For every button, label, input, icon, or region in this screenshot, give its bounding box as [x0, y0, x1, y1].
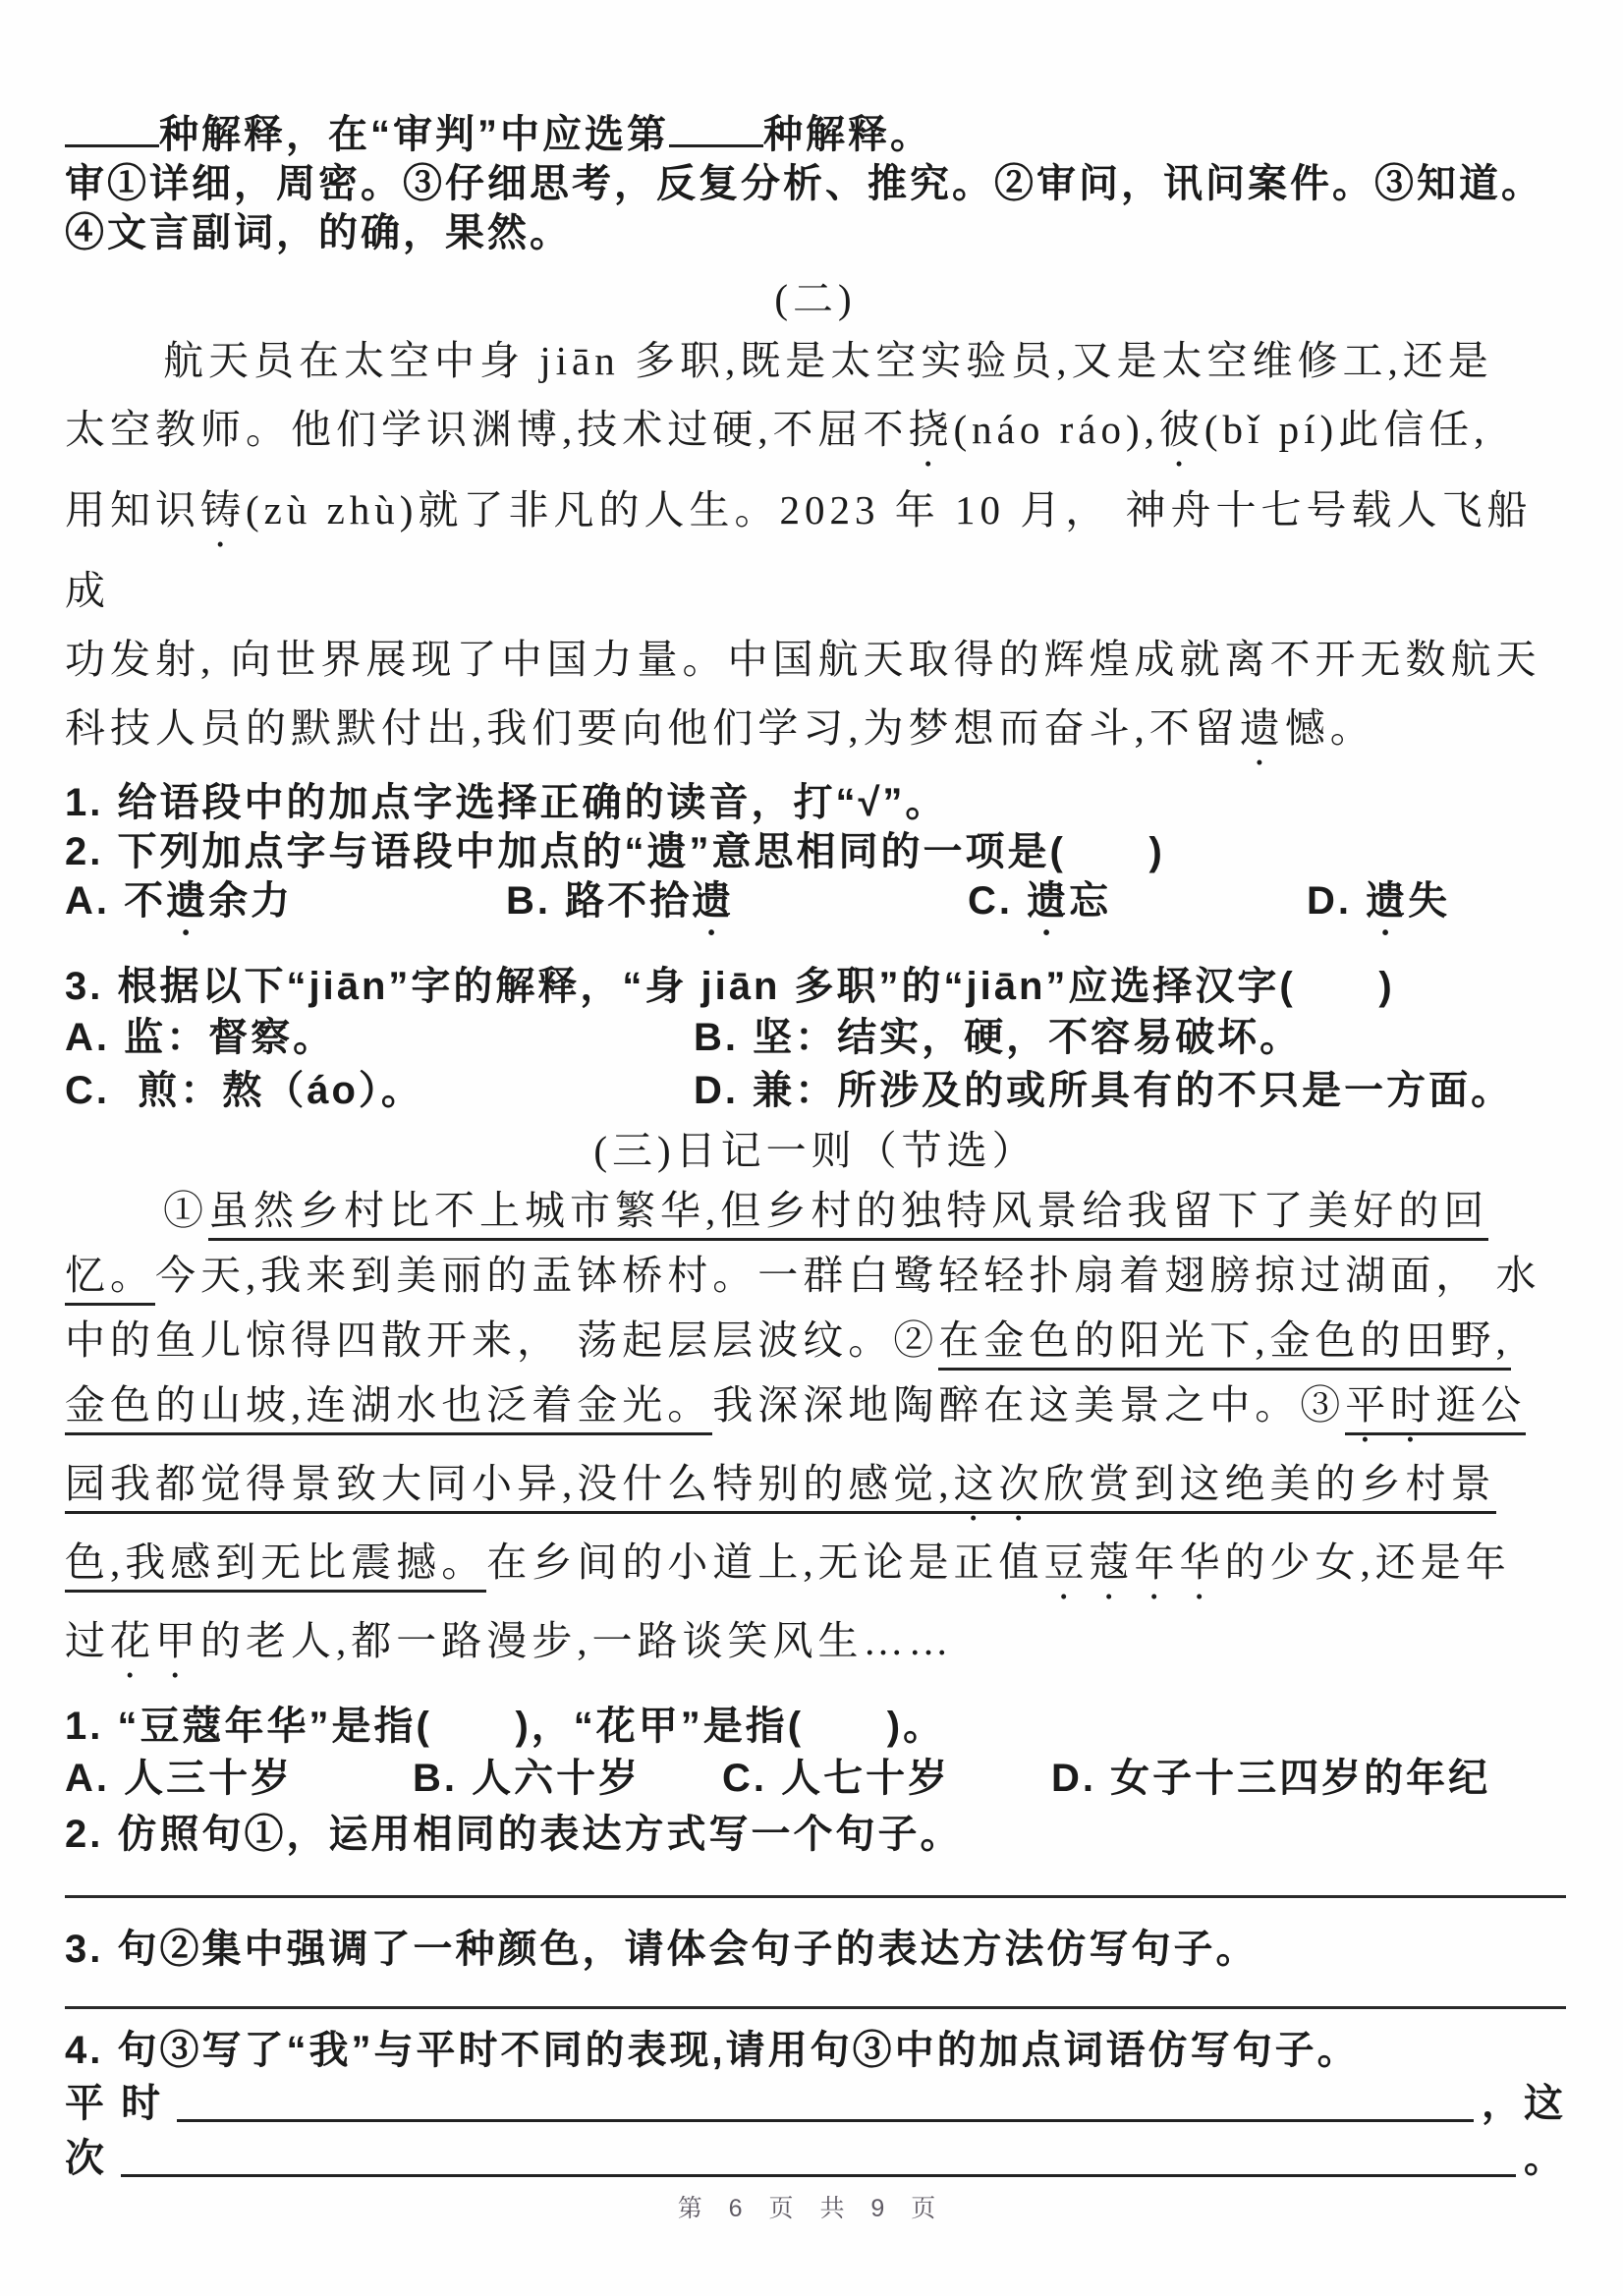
fill-suffix: ，这 [1482, 2076, 1566, 2131]
text-segment: 种解释。 [763, 113, 932, 156]
text-segment: 彼 [1159, 407, 1204, 452]
text-segment: 在乡间的小道上,无论是正值 [486, 1540, 1043, 1585]
fill-prefix: 次 [65, 2131, 107, 2186]
text-segment: 科技人员的默默付出,我们要向他们学习,为梦想而奋斗,不留 [65, 705, 1240, 751]
section-3-title: (三)日记一则（节选） [65, 1123, 1566, 1178]
text-segment: A. 不 [65, 879, 166, 923]
passage-2-line-3: 用知识铸(zù zhù)就了非凡的人生。2023 年 10 月， 神舟十七号载人… [65, 476, 1566, 625]
option-b: B. 坚：结实，硬，不容易破坏。 [694, 1011, 1566, 1064]
text-segment: 过 [65, 1618, 110, 1663]
section-3-question-1: 1. “豆蔻年华”是指( )，“花甲”是指( )。 [65, 1701, 1566, 1752]
text-segment: 憾。 [1285, 705, 1375, 751]
answer-blank [65, 112, 159, 147]
text-segment: 航天员在太空中身 jiān 多职,既是太空实验员,又是太空维修工,还是 [163, 338, 1493, 383]
intro-line-2: 审①详细，周密。③仔细思考，反复分析、推究。②审问，讯问案件。③知道。 [65, 159, 1566, 208]
section-3-question-2: 2. 仿照句①，运用相同的表达方式写一个句子。 [65, 1805, 1566, 1864]
text-segment: 忘 [1069, 879, 1111, 923]
text-segment: 种解释，在“审判”中应选第 [159, 113, 669, 156]
passage-3-line-5: 园我都觉得景致大同小异,没什么特别的感觉,这次欣赏到这绝美的乡村景 [65, 1451, 1566, 1530]
text-segment: (zù zhù)就了非凡的人生。2023 年 10 月， 神舟十七号载人飞船成 [65, 487, 1532, 613]
intro-line-1: 种解释，在“审判”中应选第种解释。 [65, 110, 1566, 159]
section-2-title: (二) [65, 271, 1566, 326]
option-a: A. 不遗余力 [65, 876, 506, 944]
option-d: D. 女子十三四岁的年纪 [1051, 1752, 1566, 1805]
text-segment: 余力 [208, 879, 293, 923]
text-segment: 色,我感到无比震撼。 [65, 1540, 486, 1593]
passage-3-line-6: 色,我感到无比震撼。在乡间的小道上,无论是正值豆蔻年华的少女,还是年 [65, 1530, 1566, 1608]
text-segment: 金色的山坡,连湖水也泛着金光。 [65, 1382, 712, 1435]
text-segment: 我深深地陶醉在这美景之中。③ [712, 1382, 1345, 1428]
passage-3-line-3: 中的鱼儿惊得四散开来， 荡起层层波纹。②在金色的阳光下,金色的田野, [65, 1308, 1566, 1372]
text-segment: 遗 [1240, 705, 1285, 751]
passage-3-line-4: 金色的山坡,连湖水也泛着金光。我深深地陶醉在这美景之中。③平时逛公 [65, 1372, 1566, 1451]
option-d: D. 兼：所涉及的或所具有的不只是一方面。 [694, 1064, 1566, 1117]
passage-3-line-2: 忆。今天,我来到美丽的盂钵桥村。一群白鹭轻轻扑扇着翅膀掠过湖面， 水 [65, 1243, 1566, 1308]
text-segment: 挠 [909, 407, 954, 452]
section-2-question-3-options: A. 监：督察。 B. 坚：结实，硬，不容易破坏。 C. 煎：熬（áo）。 D.… [65, 1011, 1566, 1117]
text-segment: 园我都觉得景致大同小异,没什么特别的感觉, [65, 1461, 954, 1514]
text-segment: 遗 [692, 879, 734, 923]
fill-in-line-2: 次 。 [65, 2131, 1566, 2186]
answer-blank [669, 112, 763, 147]
section-2-question-2: 2. 下列加点字与语段中加点的“遗”意思相同的一项是( ) [65, 827, 1566, 876]
text-segment: 欣赏到这绝美的乡村景 [1044, 1461, 1496, 1514]
text-segment: 的少女,还是年 [1225, 1540, 1511, 1585]
text-segment: 失 [1408, 879, 1450, 923]
passage-2-line-4: 功发射, 向世界展现了中国力量。中国航天取得的辉煌成就离不开无数航天 [65, 625, 1566, 694]
exam-page-content: 种解释，在“审判”中应选第种解释。 审①详细，周密。③仔细思考，反复分析、推究。… [65, 110, 1566, 2186]
option-c: C. 遗忘 [968, 876, 1307, 944]
text-segment: C. [968, 879, 1027, 923]
text-segment: 遗 [1027, 879, 1069, 923]
text-segment: 中的鱼儿惊得四散开来， 荡起层层波纹。② [65, 1317, 938, 1363]
passage-3-line-7: 过花甲的老人,都一路漫步,一路谈笑风生…… [65, 1608, 1566, 1687]
answer-blank [177, 2112, 1474, 2122]
option-c: C. 人七十岁 [722, 1752, 1051, 1805]
text-segment: 审 [65, 162, 107, 205]
text-segment: ① [163, 1188, 208, 1233]
text-segment: 功发射, 向世界展现了中国力量。中国航天取得的辉煌成就离不开无数航天 [65, 637, 1541, 682]
dictionary-entry-block: 种解释，在“审判”中应选第种解释。 审①详细，周密。③仔细思考，反复分析、推究。… [65, 110, 1566, 257]
text-segment: 遗 [166, 879, 208, 923]
answer-line [65, 2006, 1566, 2009]
section-3-passage: ①虽然乡村比不上城市繁华,但乡村的独特风景给我留下了美好的回 忆。今天,我来到美… [65, 1178, 1566, 1687]
text-segment: (bǐ pí)此信任, [1204, 407, 1489, 452]
text-segment: B. 路不拾 [506, 879, 692, 923]
option-a: A. 人三十岁 [65, 1752, 413, 1805]
text-segment: 用知识 [65, 487, 200, 532]
passage-2-line-1: 航天员在太空中身 jiān 多职,既是太空实验员,又是太空维修工,还是 [65, 326, 1566, 395]
fill-suffix: 。 [1524, 2131, 1566, 2186]
text-segment: 今天,我来到美丽的盂钵桥村。一群白鹭轻轻扑扇着翅膀掠过湖面， 水 [155, 1253, 1541, 1298]
text-segment: 的老人,都一路漫步,一路谈笑风生…… [200, 1618, 954, 1663]
text-segment: 铸 [200, 487, 246, 532]
section-3-question-4: 4. 句③写了“我”与平时不同的表现,请用句③中的加点词语仿写句子。 [65, 2025, 1566, 2076]
passage-3-line-1: ①虽然乡村比不上城市繁华,但乡村的独特风景给我留下了美好的回 [65, 1178, 1566, 1243]
section-2-question-3: 3. 根据以下“jiān”字的解释，“身 jiān 多职”的“jiān”应选择汉… [65, 962, 1566, 1011]
text-segment: 豆蔻年华 [1044, 1540, 1225, 1585]
page-footer: 第 6 页 共 9 页 [0, 2189, 1623, 2224]
section-3-question-3: 3. 句②集中强调了一种颜色，请体会句子的表达方法仿写句子。 [65, 1924, 1566, 1975]
text-segment: ①详细，周密。③仔细思考，反复分析、推究。②审问，讯问案件。③知道。 [107, 162, 1543, 205]
answer-line [65, 1895, 1566, 1898]
section-2-passage: 航天员在太空中身 jiān 多职,既是太空实验员,又是太空维修工,还是 太空教师… [65, 326, 1566, 774]
text-segment: 这次 [954, 1461, 1044, 1514]
option-a: A. 监：督察。 [65, 1011, 694, 1064]
text-segment: 平时 [1345, 1382, 1435, 1435]
text-segment: 在金色的阳光下,金色的田野, [938, 1317, 1511, 1371]
fill-prefix: 平 时 [65, 2076, 163, 2131]
option-b: B. 路不拾遗 [506, 876, 968, 944]
answer-blank [121, 2167, 1516, 2177]
fill-in-line-1: 平 时 ，这 [65, 2076, 1566, 2131]
passage-2-line-5: 科技人员的默默付出,我们要向他们学习,为梦想而奋斗,不留遗憾。 [65, 694, 1566, 774]
text-segment: 遗 [1366, 879, 1408, 923]
text-segment: (náo ráo), [954, 407, 1159, 452]
option-b: B. 人六十岁 [413, 1752, 722, 1805]
section-3-question-1-options: A. 人三十岁 B. 人六十岁 C. 人七十岁 D. 女子十三四岁的年纪 [65, 1752, 1566, 1805]
text-segment: 忆。 [65, 1253, 155, 1306]
text-segment: 逛公 [1435, 1382, 1526, 1435]
intro-line-3: ④文言副词，的确，果然。 [65, 208, 1566, 257]
option-c: C. 煎：熬（áo）。 [65, 1064, 694, 1117]
passage-2-line-2: 太空教师。他们学识渊博,技术过硬,不屈不挠(náo ráo),彼(bǐ pí)此… [65, 395, 1566, 476]
option-d: D. 遗失 [1307, 876, 1566, 944]
section-2-question-2-options: A. 不遗余力 B. 路不拾遗 C. 遗忘 D. 遗失 [65, 876, 1566, 944]
text-segment: ④文言副词，的确，果然。 [65, 211, 572, 254]
text-segment: 太空教师。他们学识渊博,技术过硬,不屈不 [65, 407, 909, 452]
section-2-question-1: 1. 给语段中的加点字选择正确的读音，打“√”。 [65, 778, 1566, 827]
text-segment: 虽然乡村比不上城市繁华,但乡村的独特风景给我留下了美好的回 [208, 1188, 1488, 1241]
text-segment: D. [1307, 879, 1366, 923]
text-segment: 花甲 [110, 1618, 200, 1663]
